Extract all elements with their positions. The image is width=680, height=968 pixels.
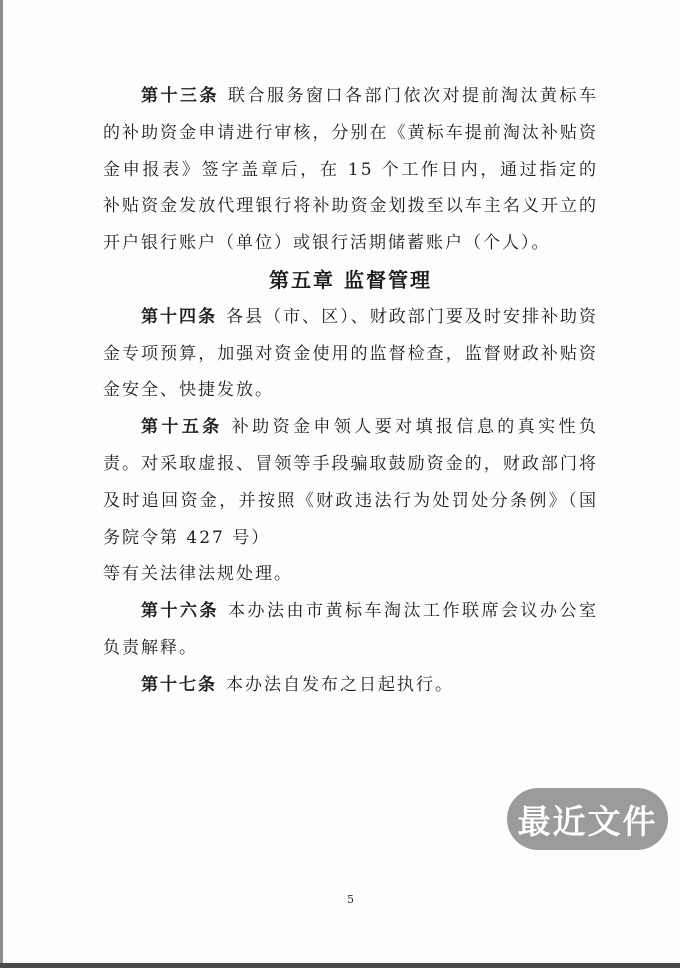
document-body: 第十三条联合服务窗口各部门依次对提前淘汰黄标车的补助资金申请进行审核，分别在《黄… — [103, 78, 598, 704]
article-16-paragraph: 第十六条本办法由市黄标车淘汰工作联席会议办公室负责解释。 — [103, 593, 598, 667]
article-15-paragraph: 第十五条补助资金申领人要对填报信息的真实性负责。对采取虚报、冒领等手段骗取鼓励资… — [103, 409, 598, 556]
article-17-paragraph: 第十七条本办法自发布之日起执行。 — [103, 667, 598, 704]
article-17-number: 第十七条 — [141, 675, 217, 695]
article-16-number: 第十六条 — [141, 601, 219, 621]
article-13-number: 第十三条 — [141, 86, 219, 106]
page-bottom-edge-bar — [0, 963, 680, 968]
article-13-paragraph: 第十三条联合服务窗口各部门依次对提前淘汰黄标车的补助资金申请进行审核，分别在《黄… — [103, 78, 598, 262]
article-15-continuation-line: 等有关法律法规处理。 — [103, 556, 598, 593]
article-15-number: 第十五条 — [141, 417, 223, 437]
article-14-number: 第十四条 — [141, 307, 217, 327]
page-number: 5 — [103, 893, 598, 906]
document-page: { "document": { "article13": { "label": … — [0, 0, 680, 968]
page-left-edge-bar — [0, 0, 3, 968]
article-17-text: 本办法自发布之日起执行。 — [226, 675, 454, 695]
article-14-paragraph: 第十四条各县（市、区）、财政部门要及时安排补助资金专项预算，加强对资金使用的监督… — [103, 299, 598, 409]
chapter-5-heading: 第五章 监督管理 — [103, 262, 598, 299]
recent-files-button[interactable]: 最近文件 — [507, 788, 668, 850]
article-13-text: 联合服务窗口各部门依次对提前淘汰黄标车的补助资金申请进行审核，分别在《黄标车提前… — [103, 86, 598, 253]
